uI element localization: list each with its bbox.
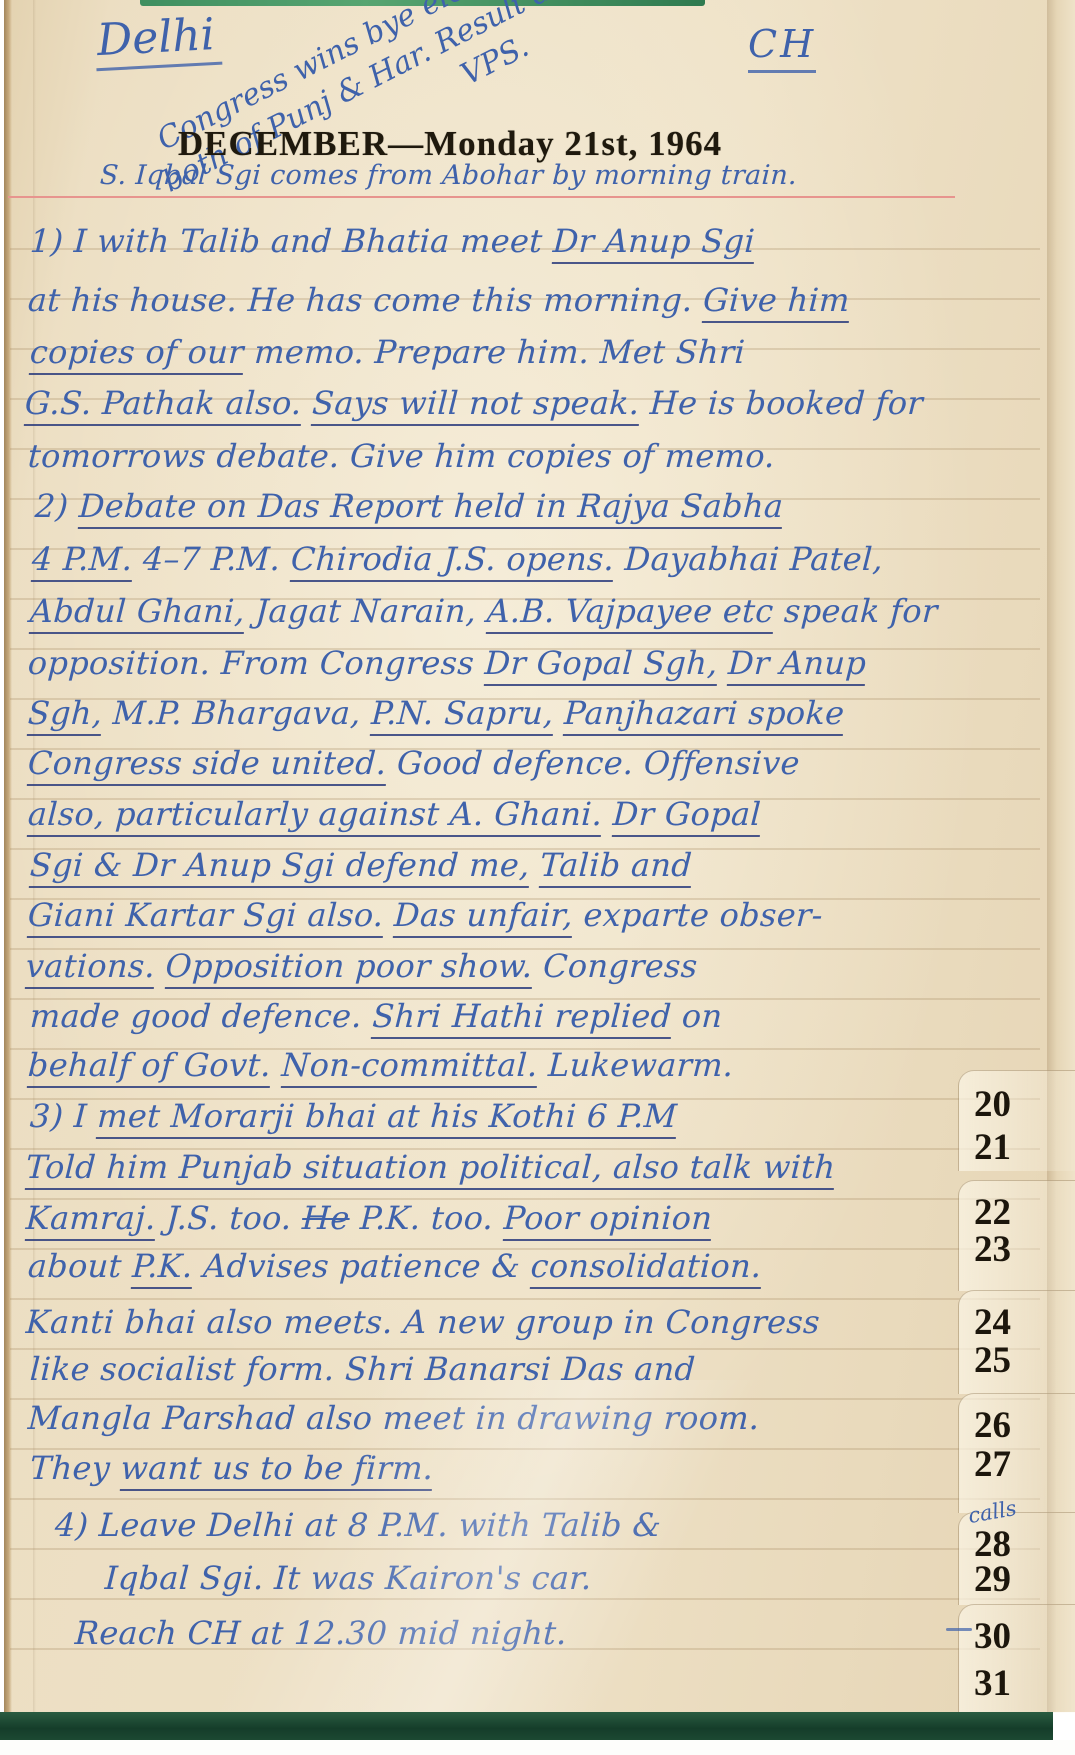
- diary-line: also, particularly against A. Ghani. Dr …: [27, 795, 762, 833]
- handwritten-text: He is booked for: [639, 384, 925, 422]
- handwritten-text: speak for: [773, 592, 939, 630]
- scan-margin-bottom: [0, 1740, 1075, 1755]
- handwritten-text: J.S. too.: [155, 1199, 303, 1237]
- month-tab-21: 21: [974, 1126, 1011, 1169]
- handwritten-text: 1) I with Talib and Bhatia meet: [29, 222, 554, 260]
- diary-line: 4 P.M. 4–7 P.M. Chirodia J.S. opens. Day…: [31, 540, 884, 578]
- scan-light-reflection: [0, 1380, 1075, 1712]
- handwritten-text: opposition. From Congress: [27, 644, 486, 682]
- underlined-text: Debate on Das Report held in Rajya Sabha: [78, 487, 785, 529]
- handwritten-text: memo. Prepare him. Met Shri: [243, 333, 746, 371]
- underlined-text: Chirodia J.S. opens.: [290, 540, 616, 582]
- month-tab-20: 20: [974, 1083, 1011, 1126]
- underlined-text: Shri Hathi replied: [371, 997, 672, 1039]
- underlined-text: copies of our: [29, 333, 245, 375]
- handwritten-text: exparte obser-: [572, 896, 824, 934]
- underlined-text: Kamraj.: [25, 1199, 157, 1241]
- underlined-text: Dr Anup: [727, 644, 867, 686]
- diary-line: copies of our memo. Prepare him. Met Shr…: [29, 333, 746, 371]
- handwritten-text: 4–7 P.M.: [132, 540, 292, 578]
- handwritten-text: Good defence. Offensive: [386, 744, 801, 782]
- printed-date-header: DECEMBER—Monday 21st, 1964: [150, 124, 750, 164]
- diary-line: opposition. From Congress Dr Gopal Sgh, …: [27, 644, 867, 682]
- underlined-text: Das unfair,: [393, 896, 574, 938]
- underlined-text: vations.: [25, 947, 156, 989]
- struck-text: He: [301, 1199, 350, 1237]
- handwritten-text: Lukewarm.: [537, 1046, 735, 1084]
- underlined-text: G.S. Pathak also.: [24, 384, 303, 426]
- underlined-text: behalf of Govt.: [27, 1046, 272, 1088]
- handwritten-text: M.P. Bhargava,: [101, 694, 372, 732]
- underlined-text: Dr Anup Sgi: [552, 222, 756, 264]
- underlined-text: A.B. Vajpayee etc: [486, 592, 775, 634]
- underlined-text: Told him Punjab situation political, als…: [25, 1148, 837, 1190]
- underlined-text: P.K.: [131, 1247, 194, 1289]
- underlined-text: Sgh,: [27, 694, 104, 736]
- underlined-text: Poor opinion: [503, 1199, 714, 1241]
- diary-line: Sgi & Dr Anup Sgi defend me, Talib and: [29, 846, 693, 884]
- handwritten-text: Jagat Narain,: [244, 592, 488, 630]
- diary-line: 2) Debate on Das Report held in Rajya Sa…: [34, 487, 784, 525]
- diary-line: 1) I with Talib and Bhatia meet Dr Anup …: [29, 222, 756, 260]
- diary-line: tomorrows debate. Give him copies of mem…: [27, 437, 776, 475]
- diary-line: Sgh, M.P. Bhargava, P.N. Sapru, Panjhaza…: [27, 694, 845, 732]
- underlined-text: Give him: [702, 281, 851, 323]
- underlined-text: also, particularly against A. Ghani.: [27, 795, 604, 837]
- underlined-text: Abdul Ghani,: [29, 592, 246, 634]
- place-annotation: Delhi: [94, 9, 223, 72]
- diary-line: Told him Punjab situation political, als…: [25, 1148, 836, 1186]
- underlined-text: Opposition poor show.: [164, 947, 533, 989]
- month-tab-24: 24: [974, 1301, 1011, 1344]
- underlined-text: consolidation.: [529, 1247, 762, 1289]
- diary-line: Abdul Ghani, Jagat Narain, A.B. Vajpayee…: [29, 592, 939, 630]
- diary-line: Kamraj. J.S. too. He P.K. too. Poor opin…: [25, 1199, 713, 1237]
- diary-line: at his house. He has come this morning. …: [27, 281, 851, 319]
- underlined-text: Congress side united.: [27, 744, 388, 786]
- handwritten-text: tomorrows debate. Give him copies of mem…: [27, 437, 776, 475]
- handwritten-text: on: [671, 997, 724, 1035]
- book-cover-bottom: [0, 1712, 1053, 1742]
- underlined-text: Dr Gopal Sgh,: [483, 644, 718, 686]
- month-tab-25: 25: [974, 1339, 1011, 1382]
- handwritten-text: P.K. too.: [349, 1199, 505, 1237]
- handwritten-text: at his house. He has come this morning.: [27, 281, 704, 319]
- month-tab-23: 23: [974, 1228, 1011, 1271]
- handwritten-text: 2): [34, 487, 80, 525]
- underlined-text: P.N. Sapru,: [370, 694, 555, 736]
- diary-page-scan: Delhi Congress wins bye elects both of P…: [0, 0, 1075, 1755]
- underlined-text: Sgi & Dr Anup Sgi defend me,: [29, 846, 531, 888]
- underlined-text: Non-committal.: [280, 1046, 538, 1088]
- diary-line: about P.K. Advises patience & consolidat…: [27, 1247, 763, 1285]
- handwritten-text: Advises patience &: [192, 1247, 532, 1285]
- diary-line: made good defence. Shri Hathi replied on: [29, 997, 723, 1035]
- underlined-text: Dr Gopal: [612, 795, 762, 837]
- underlined-text: met Morarji bhai at his Kothi 6 P.M: [96, 1097, 678, 1139]
- underlined-text: Talib and: [539, 846, 693, 888]
- diary-line: Congress side united. Good defence. Offe…: [27, 744, 801, 782]
- diary-line: behalf of Govt. Non-committal. Lukewarm.: [27, 1046, 734, 1084]
- handwritten-text: Congress: [532, 947, 699, 985]
- underlined-text: Panjhazari spoke: [563, 694, 846, 736]
- red-header-rule: [8, 196, 955, 198]
- diary-line: Giani Kartar Sgi also. Das unfair, expar…: [27, 896, 824, 934]
- underlined-text: 4 P.M.: [31, 540, 134, 582]
- handwritten-text: S. Iqbal Sgi comes from Abohar by mornin…: [99, 160, 798, 191]
- handwritten-text: made good defence.: [29, 997, 373, 1035]
- diary-line: S. Iqbal Sgi comes from Abohar by mornin…: [99, 160, 798, 191]
- handwritten-text: about: [27, 1247, 133, 1285]
- diary-line: 3) I met Morarji bhai at his Kothi 6 P.M: [29, 1097, 678, 1135]
- handwritten-text: Dayabhai Patel,: [613, 540, 884, 578]
- handwritten-text: Kanti bhai also meets. A new group in Co…: [25, 1303, 821, 1341]
- underlined-text: Says will not speak.: [311, 384, 641, 426]
- handwritten-text: 3) I: [29, 1097, 98, 1135]
- underlined-text: Giani Kartar Sgi also.: [27, 896, 385, 938]
- diary-line: vations. Opposition poor show. Congress: [25, 947, 699, 985]
- diary-line: Kanti bhai also meets. A new group in Co…: [25, 1303, 821, 1341]
- corner-mark-ch: CH: [748, 22, 816, 73]
- diary-line: G.S. Pathak also. Says will not speak. H…: [24, 384, 924, 422]
